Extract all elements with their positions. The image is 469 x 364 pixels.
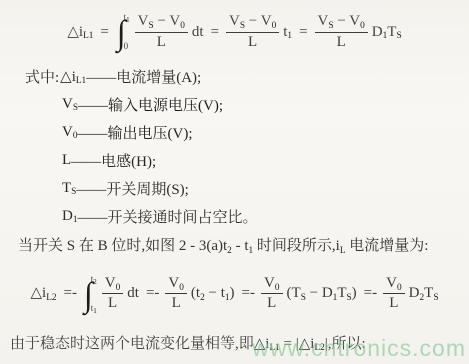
symbol: VS [62, 96, 78, 113]
symbol: TS [62, 180, 76, 197]
definition-text: ——输入电源电压(V); [78, 94, 223, 115]
dt-term: dt [127, 286, 139, 301]
equals-sign: =- [64, 286, 76, 301]
equals-sign: = [100, 25, 108, 40]
symbol: D1 [62, 208, 78, 225]
integral-t1-to-t2: ∫ t2 t1 [84, 274, 97, 314]
definition-row: L ——电感(H); [25, 146, 469, 174]
definition-text: ——开关周期(S); [76, 178, 189, 199]
d2ts-term: D2TS [409, 286, 439, 301]
integral-0-to-t1: ∫ t1 0 [117, 12, 130, 52]
fraction-v0-over-L: V0 L [102, 275, 124, 313]
formula-delta-iL1: △iL1 = ∫ t1 0 VS − V0 L dt = VS − V0 L t… [0, 0, 469, 54]
fraction-v0-over-L: V0 L [261, 275, 283, 313]
fraction-v0-over-L: V0 L [165, 275, 187, 313]
term-delta-iL1: △iL1 [254, 336, 280, 352]
fraction-v0-over-L: V0 L [383, 275, 405, 313]
definitions-intro: 式中: [25, 66, 59, 87]
equals-sign: =- [242, 286, 254, 301]
equals-sign: = [211, 25, 219, 40]
term-delta-iL2: △iL2 [31, 286, 57, 301]
equals-sign: =- [146, 286, 158, 301]
ts-minus-d1ts-term: (TS − D1TS) [287, 286, 357, 301]
term-iL: iL [336, 238, 346, 254]
definition-row: VS ——输入电源电压(V); [25, 90, 469, 118]
definition-text: ——开关接通时间占空比。 [78, 206, 258, 227]
fraction-vs-minus-v0-over-L: VS − V0 L [315, 13, 368, 51]
fraction-vs-minus-v0-over-L: VS − V0 L [135, 13, 188, 51]
document-page: △iL1 = ∫ t1 0 VS − V0 L dt = VS − V0 L t… [0, 0, 469, 364]
term-delta-iL2: △iL2 [299, 336, 325, 352]
integral-icon: ∫ [117, 15, 126, 50]
dt-term: dt [192, 25, 204, 40]
definition-text: ——电流增量(A); [86, 66, 201, 87]
formula-delta-iL2: △iL2 =- ∫ t2 t1 V0 L dt =- V0 L (t2 − t1… [0, 270, 469, 318]
definition-row: V0 ——输出电压(V); [25, 118, 469, 146]
symbol: L [62, 152, 71, 169]
definition-row: TS ——开关周期(S); [25, 174, 469, 202]
integral-icon: ∫ [84, 276, 93, 311]
equals-sign: =- [364, 286, 376, 301]
symbol: △iL1 [60, 67, 86, 86]
definition-row: D1 ——开关接通时间占空比。 [25, 202, 469, 230]
symbol-definitions: 式中: △iL1 ——电流增量(A); VS ——输入电源电压(V); V0 —… [25, 62, 469, 230]
fraction-vs-minus-v0-over-L: VS − V0 L [226, 13, 279, 51]
definition-row: 式中: △iL1 ——电流增量(A); [25, 62, 469, 90]
t2-minus-t1-term: (t2 − t1) [191, 286, 235, 301]
definition-text: ——输出电压(V); [78, 122, 193, 143]
paragraph-switch-b: 当开关 S 在 B 位时,如图 2 - 3(a)t2 - t1 时间段所示,iL… [18, 236, 461, 258]
t1-term: t1 [283, 25, 292, 40]
d1ts-term: D1TS [372, 25, 402, 40]
equals-sign: = [299, 25, 307, 40]
definition-text: ——电感(H); [71, 150, 156, 171]
term-delta-iL1: △iL1 [67, 25, 93, 40]
symbol: V0 [62, 124, 78, 141]
paragraph-steady-state: 由于稳态时这两个电流变化量相等,即△iL1 = |△iL2|,所以: [10, 334, 465, 356]
